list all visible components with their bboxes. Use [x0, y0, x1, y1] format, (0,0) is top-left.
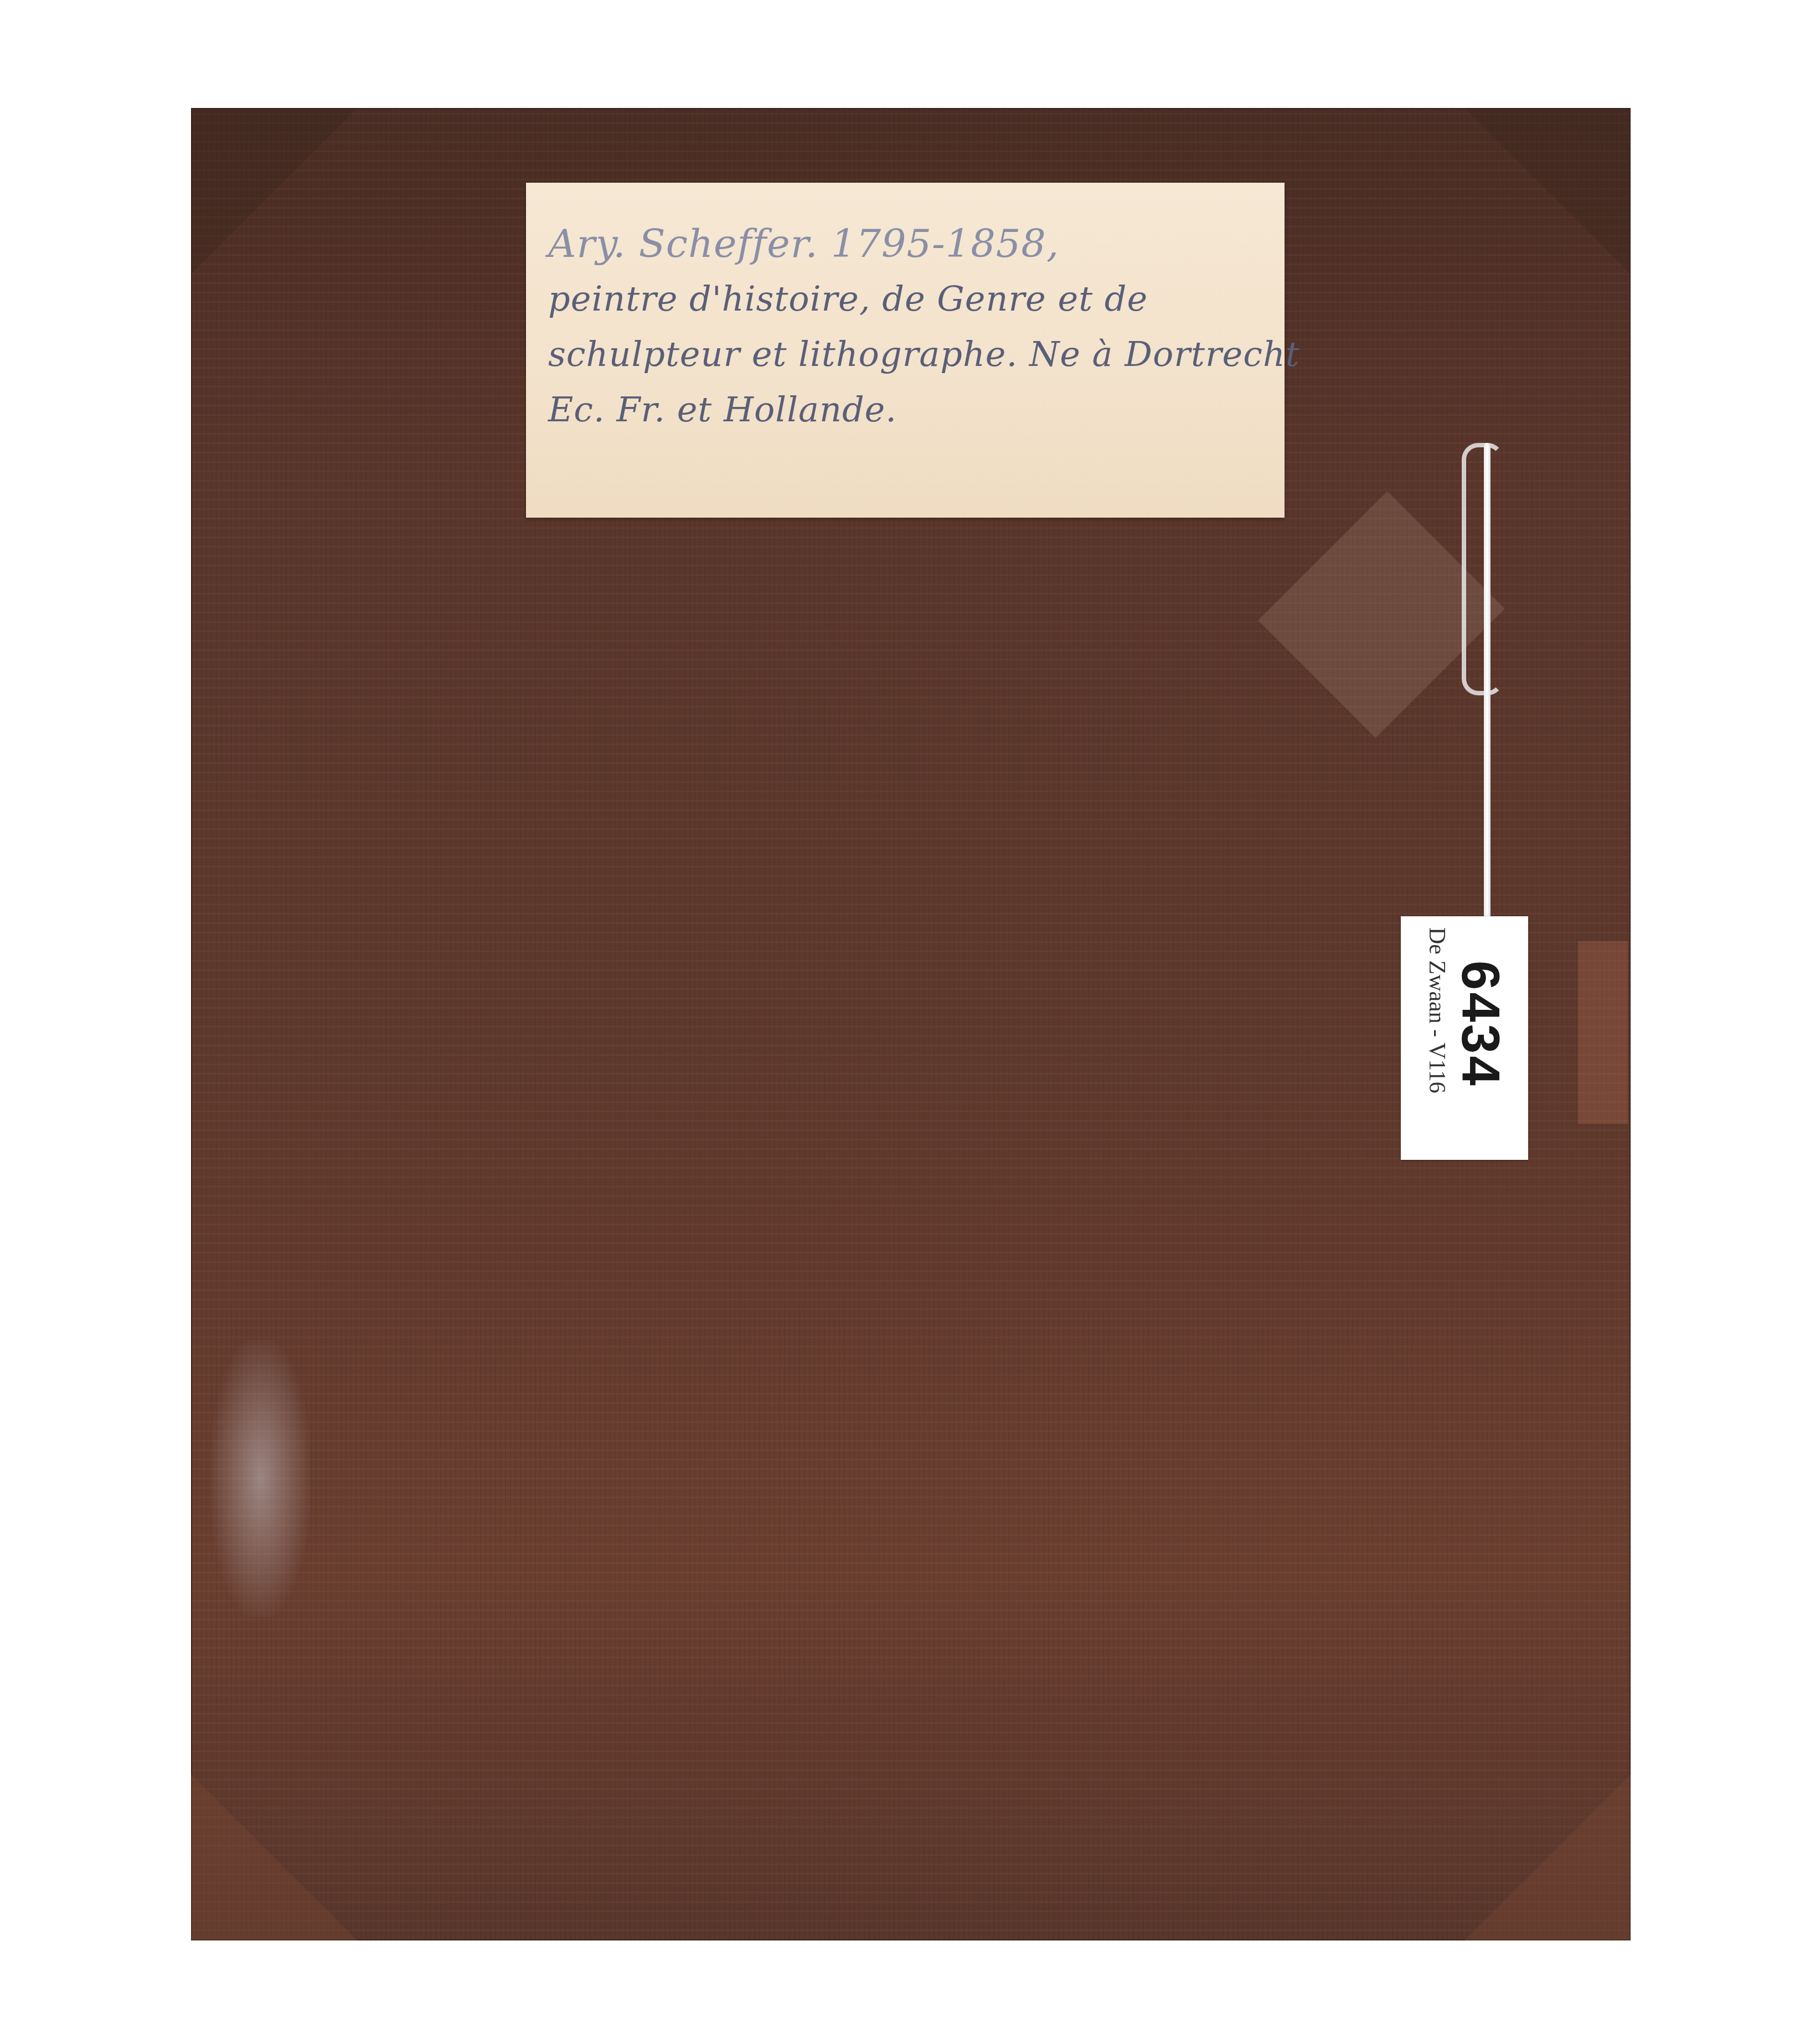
label-line-school: Ec. Fr. et Hollande. [548, 382, 1262, 437]
wood-wear-stain [1578, 941, 1628, 1124]
string-loop [1462, 443, 1504, 695]
hanging-string [1484, 443, 1491, 919]
auction-house-code: De Zwaan - V116 [1421, 927, 1452, 1160]
tag-content: 6434 De Zwaan - V116 [1401, 916, 1528, 1160]
label-line-artist: Ary. Scheffer. 1795-1858, [548, 216, 1262, 271]
paint-scuff [210, 1340, 310, 1617]
bevel-bottom-left [191, 1774, 357, 1940]
auction-lot-tag: 6434 De Zwaan - V116 [1401, 916, 1528, 1160]
bevel-top-left [191, 108, 357, 274]
lot-number: 6434 [1452, 927, 1508, 1160]
bevel-top-right [1464, 108, 1631, 274]
label-line-description: peintre d'histoire, de Genre et de [548, 271, 1262, 327]
label-line-description-2: schulpteur et lithographe. Ne à Dortrech… [548, 327, 1262, 382]
handwritten-label: Ary. Scheffer. 1795-1858, peintre d'hist… [526, 183, 1285, 518]
bevel-bottom-right [1464, 1774, 1631, 1940]
